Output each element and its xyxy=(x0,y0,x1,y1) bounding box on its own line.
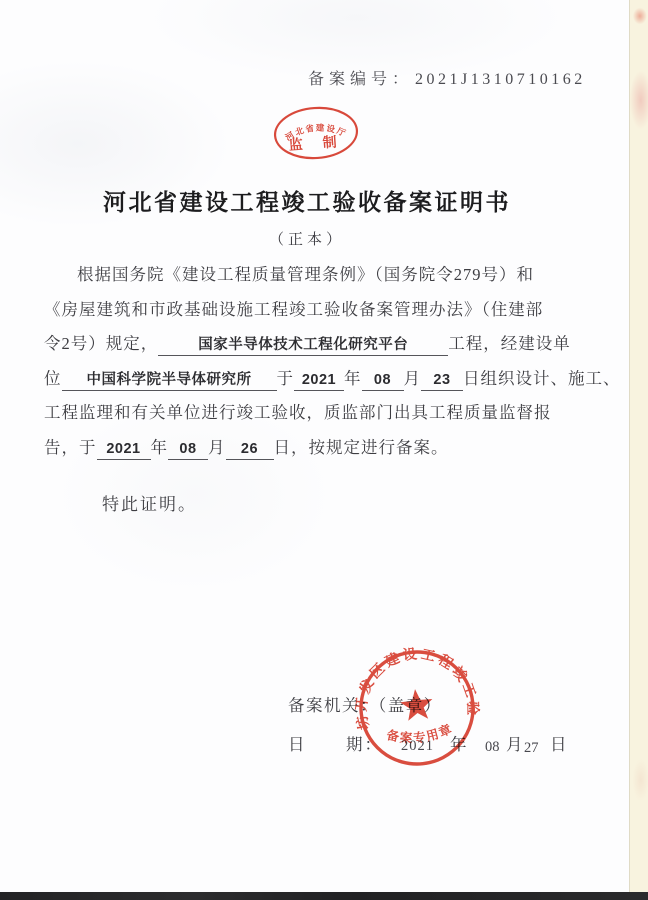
body-line-4-yu: 于 xyxy=(277,369,295,388)
body-line-6-suffix: 日，按规定进行备案。 xyxy=(274,438,449,457)
builder-name-value: 中国科学院半导体研究所 xyxy=(87,372,252,388)
footer-date-month: 08 xyxy=(485,739,500,756)
closing-statement: 特此证明。 xyxy=(102,490,197,515)
body-line-3-suffix: 工程，经建设单 xyxy=(448,334,571,353)
acceptance-year-value: 2021 xyxy=(302,372,336,388)
report-year-char: 年 xyxy=(151,438,169,457)
round-stamp-bottom-text: 备案专用章 xyxy=(384,720,456,748)
scan-edge-right xyxy=(629,0,648,893)
project-name-value: 国家半导体技术工程化研究平台 xyxy=(198,337,408,353)
acceptance-month-blank: 08 xyxy=(362,369,404,391)
body-line-1: 根据国务院《建设工程质量管理条例》（国务院令279号）和 xyxy=(44,258,618,293)
oval-stamp-graphic: 河北省建设厅 监 制 xyxy=(268,101,364,165)
svg-text:廊坊开发区建设工程竣工验收: 廊坊开发区建设工程竣工验收 xyxy=(348,639,483,732)
document-title: 河北省建设工程竣工验收备案证明书 xyxy=(0,184,614,217)
document-subtitle: （正本） xyxy=(0,228,614,249)
body-line-6-prefix: 告，于 xyxy=(44,438,97,457)
project-name-blank: 国家半导体技术工程化研究平台 xyxy=(158,334,448,356)
oval-stamp-center-text: 监 制 xyxy=(288,133,345,153)
report-day-value: 26 xyxy=(241,441,258,457)
report-day-blank: 26 xyxy=(226,438,274,460)
filing-number-label: 备案编号： xyxy=(308,71,413,88)
body-line-5: 工程监理和有关单位进行竣工验收，质监部门出具工程质量监督报 xyxy=(44,396,618,431)
body-line-4-prefix: 位 xyxy=(44,369,62,388)
body-paragraph: 根据国务院《建设工程质量管理条例》（国务院令279号）和 《房屋建筑和市政基础设… xyxy=(44,258,618,465)
body-line-6: 告，于2021年08月26日，按规定进行备案。 xyxy=(44,431,618,466)
report-month-blank: 08 xyxy=(168,438,208,460)
body-line-4-suffix: 日组织设计、施工、 xyxy=(463,369,621,388)
scan-edge-bottom xyxy=(0,892,648,900)
svg-text:备案专用章: 备案专用章 xyxy=(384,720,456,748)
filing-number-value: 2021J1310710162 xyxy=(415,71,586,88)
footer-date-day: 27 xyxy=(524,740,539,757)
body-line-3-prefix: 令2号）规定， xyxy=(44,334,158,353)
report-year-value: 2021 xyxy=(106,441,140,457)
year-char: 年 xyxy=(344,369,362,388)
report-year-blank: 2021 xyxy=(97,438,151,460)
body-line-4: 位中国科学院半导体研究所于2021年08月23日组织设计、施工、 xyxy=(44,362,618,397)
report-month-value: 08 xyxy=(179,441,196,457)
filing-number-line: 备案编号：2021J1310710162 xyxy=(308,66,586,89)
date-label-ri: 日 xyxy=(288,731,305,755)
acceptance-day-blank: 23 xyxy=(421,369,463,391)
acceptance-day-value: 23 xyxy=(433,372,450,388)
builder-name-blank: 中国科学院半导体研究所 xyxy=(62,369,277,391)
acceptance-month-value: 08 xyxy=(374,372,391,388)
certificate-document: 备案编号：2021J1310710162 河北省建设厅 监 制 河北省建设工程竣… xyxy=(0,0,648,900)
oval-supervision-stamp: 河北省建设厅 监 制 xyxy=(268,101,364,165)
report-month-char: 月 xyxy=(208,438,226,457)
body-line-2: 《房屋建筑和市政基础设施工程竣工验收备案管理办法》（住建部 xyxy=(44,293,618,328)
star-icon xyxy=(399,687,434,721)
month-char: 月 xyxy=(404,369,422,388)
round-stamp-arc-text: 廊坊开发区建设工程竣工验收 xyxy=(348,639,483,732)
round-stamp-graphic: 廊坊开发区建设工程竣工验收 备案专用章 xyxy=(348,639,486,777)
footer-month-char: 月 xyxy=(506,731,523,755)
acceptance-year-blank: 2021 xyxy=(294,369,344,391)
footer-day-char: 日 xyxy=(550,731,567,755)
round-filing-stamp: 廊坊开发区建设工程竣工验收 备案专用章 xyxy=(348,639,486,777)
body-line-3: 令2号）规定，国家半导体技术工程化研究平台工程，经建设单 xyxy=(44,327,618,362)
